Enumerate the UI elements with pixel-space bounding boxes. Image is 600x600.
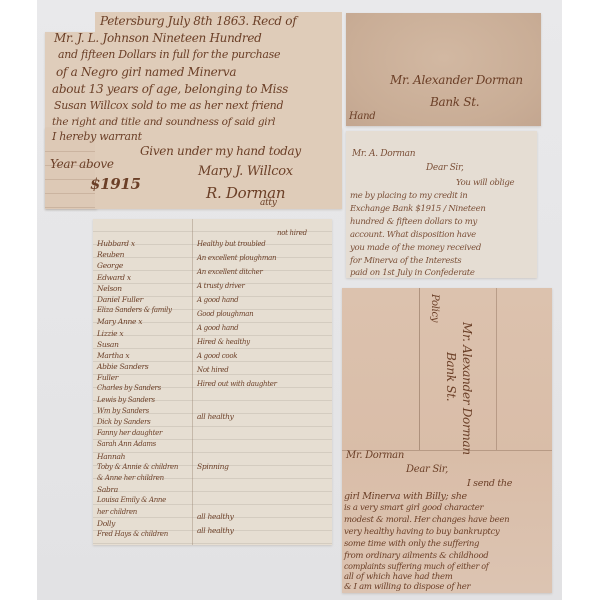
letter3-line-10: & I am willing to dispose of her: [344, 582, 470, 592]
ledger-fold: [192, 219, 193, 545]
letter3-salutation: Mr. Dorman: [346, 450, 404, 461]
ledger-right-entry: An excellent ditcher: [197, 268, 329, 282]
bill-line-2: Mr. J. L. Johnson Nineteen Hundred: [54, 31, 262, 45]
letter3-line-8: complaints suffering much of either of: [344, 562, 488, 571]
ledger-left-entry: Nelson: [97, 284, 192, 295]
bill-line-7: the right and title and soundness of sai…: [52, 116, 275, 128]
ledger-left-entry: Abbie Sanders: [97, 362, 192, 373]
ledger-right-entry: not hired: [277, 229, 332, 240]
ledger-left-entry: Fanny her daughter: [97, 429, 192, 440]
ledger-right-entry: A good cook: [197, 352, 329, 366]
bill-line-4: of a Negro girl named Minerva: [56, 65, 236, 79]
letter3-line-9: all of which have had them: [344, 572, 453, 582]
ledger-right-entry: Not hired: [197, 366, 329, 380]
letter3-line-6: some time with only the suffering: [344, 539, 479, 549]
bill-signature: Mary J. Willcox: [198, 164, 293, 179]
letter3-address-corner: Policy: [429, 294, 440, 322]
ledger-left-entry: Edward x: [97, 273, 192, 284]
letter2-line-4: hundred & fifteen dollars to my: [350, 217, 477, 227]
ledger-left-entry: Dick by Sanders: [97, 418, 192, 429]
letter3-line-3: is a very smart girl good character: [344, 503, 483, 513]
letter3-line-7: from ordinary ailments & childhood: [344, 551, 488, 561]
bill-amount: $1915: [90, 175, 141, 193]
fold-line: [496, 288, 497, 450]
letter3-address-line-2: Bank St.: [444, 352, 458, 401]
bill-of-sale-text: Petersburg July 8th 1863. Recd of Mr. J.…: [48, 14, 340, 208]
ledger-left-entry: Eliza Sanders & family: [97, 306, 192, 317]
ledger-left-entry: Reuben: [97, 250, 192, 261]
ledger-right-entry: all healthy: [197, 412, 329, 462]
ledger-left-entry: Daniel Fuller: [97, 295, 192, 306]
ledger-left-entry: Sabra: [97, 485, 192, 496]
envelope: Mr. Alexander Dorman Bank St. Hand: [346, 13, 541, 126]
ledger-right-entry: Spinning: [197, 462, 329, 512]
ledger-right-column: not hired Healthy but troubled An excell…: [197, 229, 329, 540]
envelope-address-line-1: Mr. Alexander Dorman: [390, 73, 523, 87]
ledger-right-entry: Hired & healthy: [197, 338, 329, 352]
ledger-left-entry: Martha x: [97, 351, 192, 362]
ledger-left-entry: Hannah: [97, 452, 192, 463]
letter2-greeting: Dear Sir,: [426, 163, 464, 173]
ledger-left-entry: Toby & Annie & children: [97, 463, 192, 474]
ledger-left-entry: Hubbard x: [97, 239, 192, 250]
ledger-left-entry: Fuller: [97, 373, 192, 384]
letter3-line-5: very healthy having to buy bankruptcy: [344, 527, 499, 537]
letter2-salutation: Mr. A. Dorman: [352, 149, 415, 159]
letter2-line-8: paid on 1st July in Confederate: [350, 268, 475, 278]
letter3-line-2: girl Minerva with Billy; she: [344, 491, 467, 502]
letter3-greeting: Dear Sir,: [406, 464, 448, 475]
ledger-right-entry: all healthy: [197, 526, 329, 540]
bill-line-5: about 13 years of age, belonging to Miss: [52, 82, 288, 96]
short-letter: Mr. A. Dorman Dear Sir, You will oblige …: [346, 131, 537, 278]
letter2-line-5: account. What disposition have: [350, 230, 476, 240]
letter3-address-line-1: Mr. Alexander Dorman: [460, 322, 474, 455]
letter2-line-6: you made of the money received: [350, 243, 481, 253]
ledger-left-entry: Susan: [97, 340, 192, 351]
ledger-right-entry: A trusty driver: [197, 282, 329, 296]
bill-line-9: Given under my hand today: [140, 144, 301, 158]
ledger-left-entry: Charles by Sanders: [97, 384, 192, 395]
bill-line-10: Year above: [50, 157, 114, 171]
ledger-right-entry: Good ploughman: [197, 310, 329, 324]
letter2-line-7: for Minerva of the Interests: [350, 256, 461, 266]
ledger-left-entry: Lewis by Sanders: [97, 396, 192, 407]
envelope-corner-note: Hand: [349, 111, 375, 122]
ledger-right-entry: Healthy but troubled: [197, 240, 329, 254]
ledger-left-entry: Wm by Sanders: [97, 407, 192, 418]
ledger-right-entry: A good hand: [197, 296, 329, 310]
slave-ledger: Hubbard x Reuben George Edward x Nelson …: [93, 219, 332, 545]
ledger-right-entry: An excellent ploughman: [197, 254, 329, 268]
ledger-right-entry: A good hand: [197, 324, 329, 338]
bill-line-3: and fifteen Dollars in full for the purc…: [58, 48, 280, 61]
ledger-left-entry: Dolly: [97, 519, 192, 530]
letter2-line-1: You will oblige: [456, 178, 514, 188]
ledger-left-entry: Louisa Emily & Anne: [97, 496, 192, 507]
ledger-left-entry: Mary Anne x: [97, 317, 192, 328]
ledger-left-entry: George: [97, 261, 192, 272]
letter3-line-1: I send the: [467, 478, 512, 489]
ledger-left-entry: Lizzie x: [97, 329, 192, 340]
letter2-line-2: me by placing to my credit in: [350, 191, 468, 201]
bill-line-8: I hereby warrant: [52, 130, 142, 143]
ledger-left-entry: & Anne her children: [97, 474, 192, 485]
ledger-left-column: Hubbard x Reuben George Edward x Nelson …: [97, 239, 192, 541]
letter3-line-4: modest & moral. Her changes have been: [344, 515, 509, 525]
letter2-line-3: Exchange Bank $1915 / Nineteen: [350, 204, 486, 214]
bill-line-1: Petersburg July 8th 1863. Recd of: [100, 14, 296, 28]
ledger-left-entry: her children: [97, 508, 192, 519]
fold-line: [419, 288, 420, 450]
ledger-left-entry: Fred Hays & children: [97, 530, 192, 541]
bill-agent-suffix: atty: [260, 198, 276, 208]
bill-line-6: Susan Willcox sold to me as her next fri…: [54, 99, 283, 112]
long-letter: Mr. Alexander Dorman Bank St. Policy Mr.…: [342, 288, 552, 593]
ledger-right-entry: all healthy: [197, 512, 329, 526]
envelope-address-line-2: Bank St.: [430, 95, 479, 109]
ledger-right-entry: Hired out with daughter: [197, 380, 329, 412]
ledger-left-entry: Sarah Ann Adams: [97, 440, 192, 451]
